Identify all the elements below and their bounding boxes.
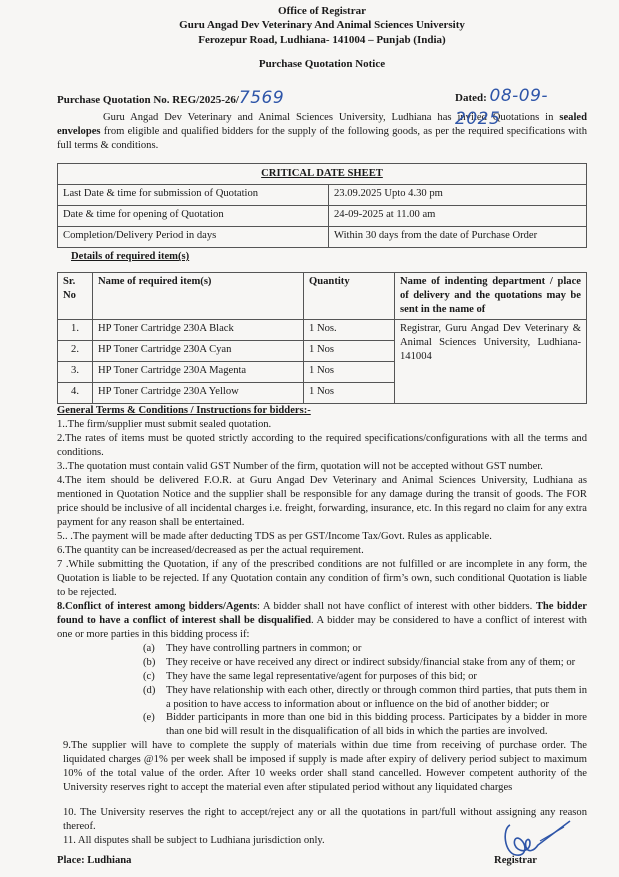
term-7: 7 .While submitting the Quotation, if an… bbox=[57, 558, 587, 600]
quotation-number-handwritten: 7569 bbox=[239, 88, 284, 108]
cds-label: Date & time for opening of Quotation bbox=[58, 206, 329, 227]
items-header-row: Sr. No Name of required item(s) Quantity… bbox=[58, 273, 587, 320]
term-3: 3..The quotation must contain valid GST … bbox=[57, 460, 587, 474]
quotation-date: Dated: 08-09-2025 bbox=[455, 85, 587, 130]
header-sr: Sr. No bbox=[58, 273, 93, 320]
item-sr: 1. bbox=[58, 320, 93, 341]
dated-label: Dated: bbox=[455, 92, 487, 104]
university-name: Guru Angad Dev Veterinary And Animal Sci… bbox=[57, 18, 587, 32]
sub-text: They have the same legal representative/… bbox=[166, 670, 587, 684]
item-name: HP Toner Cartridge 230A Cyan bbox=[93, 341, 304, 362]
quotation-number-label: Purchase Quotation No. REG/2025-26/ bbox=[57, 94, 239, 106]
cds-row: Date & time for opening of Quotation 24-… bbox=[58, 206, 587, 227]
term-8-sub-item: (a)They have controlling partners in com… bbox=[143, 642, 587, 656]
term-8-sub-item: (b)They receive or have received any dir… bbox=[143, 656, 587, 670]
quotation-number: Purchase Quotation No. REG/2025-26/7569 bbox=[57, 87, 284, 109]
term-2: 2.The rates of items must be quoted stri… bbox=[57, 432, 587, 460]
item-sr: 2. bbox=[58, 341, 93, 362]
sub-label: (a) bbox=[143, 642, 166, 656]
signatory-title: Registrar bbox=[494, 854, 537, 868]
critical-date-sheet: CRITICAL DATE SHEET Last Date & time for… bbox=[57, 163, 587, 248]
item-quantity: 1 Nos. bbox=[304, 320, 395, 341]
term-8: 8.Conflict of interest among bidders/Age… bbox=[57, 600, 587, 642]
sub-label: (d) bbox=[143, 684, 166, 712]
item-name: HP Toner Cartridge 230A Magenta bbox=[93, 362, 304, 383]
term-8-sub-item: (d)They have relationship with each othe… bbox=[143, 684, 587, 712]
items-section-label: Details of required item(s) bbox=[71, 250, 587, 264]
term-5: 5.. .The payment will be made after dedu… bbox=[57, 530, 587, 544]
item-quantity: 1 Nos bbox=[304, 362, 395, 383]
item-name: HP Toner Cartridge 230A Yellow bbox=[93, 383, 304, 404]
terms-title: General Terms & Conditions / Instruction… bbox=[57, 404, 587, 418]
sub-text: They have relationship with each other, … bbox=[166, 684, 587, 712]
cds-title: CRITICAL DATE SHEET bbox=[58, 164, 587, 185]
office-heading: Office of Registrar bbox=[57, 4, 587, 18]
document-footer: Place: Ludhiana Registrar bbox=[57, 854, 587, 868]
item-department: Registrar, Guru Angad Dev Veterinary & A… bbox=[395, 320, 587, 404]
item-quantity: 1 Nos bbox=[304, 341, 395, 362]
term-8-text-1: : A bidder shall not have conflict of in… bbox=[257, 601, 536, 612]
quotation-number-row: Purchase Quotation No. REG/2025-26/7569 … bbox=[57, 79, 587, 105]
item-sr: 4. bbox=[58, 383, 93, 404]
item-quantity: 1 Nos bbox=[304, 383, 395, 404]
table-row: 1. HP Toner Cartridge 230A Black 1 Nos. … bbox=[58, 320, 587, 341]
term-8-heading: 8.Conflict of interest among bidders/Age… bbox=[57, 601, 257, 612]
item-name: HP Toner Cartridge 230A Black bbox=[93, 320, 304, 341]
items-table: Sr. No Name of required item(s) Quantity… bbox=[57, 272, 587, 404]
document-page: Office of Registrar Guru Angad Dev Veter… bbox=[57, 4, 587, 848]
sub-text: They receive or have received any direct… bbox=[166, 656, 587, 670]
notice-title: Purchase Quotation Notice bbox=[57, 57, 587, 72]
header-quantity: Quantity bbox=[304, 273, 395, 320]
cds-label: Completion/Delivery Period in days bbox=[58, 227, 329, 248]
sub-text: Bidder participants in more than one bid… bbox=[166, 711, 587, 739]
term-4: 4.The item should be delivered F.O.R. at… bbox=[57, 474, 587, 530]
term-9: 9.The supplier will have to complete the… bbox=[63, 739, 587, 795]
sub-text: They have controlling partners in common… bbox=[166, 642, 587, 656]
sub-label: (b) bbox=[143, 656, 166, 670]
item-sr: 3. bbox=[58, 362, 93, 383]
header-name: Name of required item(s) bbox=[93, 273, 304, 320]
sub-label: (e) bbox=[143, 711, 166, 739]
cds-label: Last Date & time for submission of Quota… bbox=[58, 185, 329, 206]
term-8-sub-item: (e)Bidder participants in more than one … bbox=[143, 711, 587, 739]
sub-label: (c) bbox=[143, 670, 166, 684]
term-6: 6.The quantity can be increased/decrease… bbox=[57, 544, 587, 558]
term-1: 1..The firm/supplier must submit sealed … bbox=[57, 418, 587, 432]
header-department: Name of indenting department / place of … bbox=[395, 273, 587, 320]
place: Place: Ludhiana bbox=[57, 855, 131, 866]
term-8-sub-item: (c)They have the same legal representati… bbox=[143, 670, 587, 684]
cds-row: Last Date & time for submission of Quota… bbox=[58, 185, 587, 206]
university-address: Ferozepur Road, Ludhiana- 141004 – Punja… bbox=[57, 33, 587, 47]
cds-value: 24-09-2025 at 11.00 am bbox=[329, 206, 587, 227]
cds-row: Completion/Delivery Period in days Withi… bbox=[58, 227, 587, 248]
cds-value: Within 30 days from the date of Purchase… bbox=[329, 227, 587, 248]
cds-value: 23.09.2025 Upto 4.30 pm bbox=[329, 185, 587, 206]
